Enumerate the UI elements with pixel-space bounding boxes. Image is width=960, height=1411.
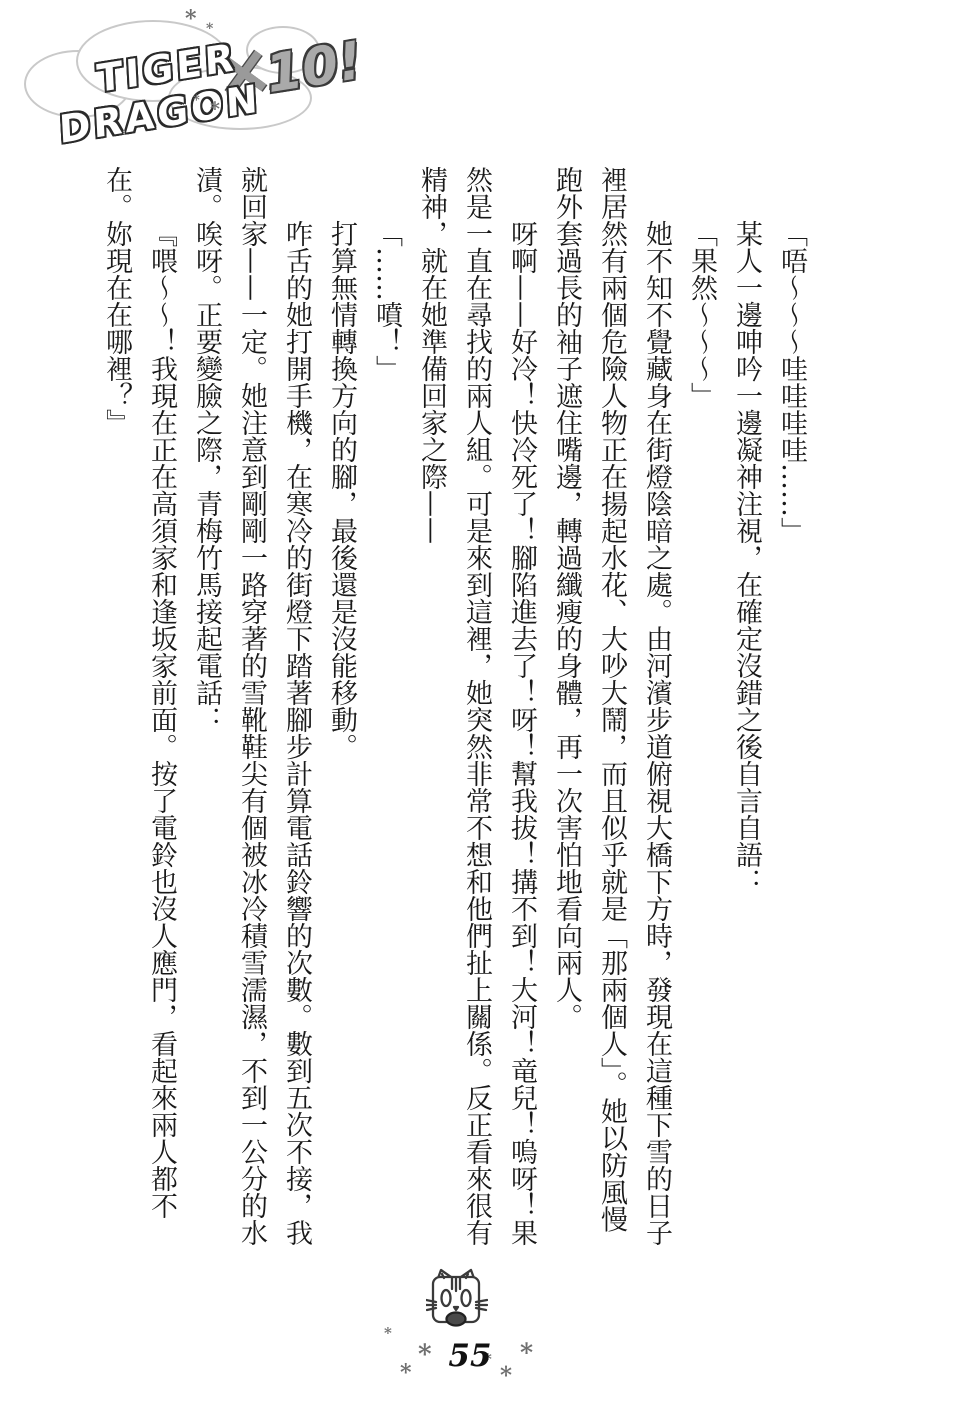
paragraph: 她不知不覺藏身在街燈陰暗之處。由河濱步道俯視大橋下方時，發現在這種下雪的日子裡居…	[544, 166, 679, 1252]
sparkle-icon: *	[193, 94, 200, 107]
sparkle-icon: *	[520, 1340, 533, 1365]
sparkle-icon: *	[206, 22, 213, 36]
paragraph: 呀啊——好冷！快冷死了！腳陷進去了！呀！幫我拔！搆不到！大河！竜兒！嗚呀！果然是…	[409, 166, 544, 1252]
page-background: × 10! TIGER DRAGON * * * * 「唔～～～哇哇哇哇……」 …	[0, 0, 960, 1411]
page-number: 55	[440, 1338, 500, 1374]
paragraph: 「唔～～～哇哇哇哇……」	[769, 166, 814, 1252]
paragraph: 「……噴！」	[364, 166, 409, 1252]
paragraph: 『喂～～！我現在正在高須家和逢坂家前面。按了電鈴也沒人應門，看起來兩人都不在。妳…	[94, 166, 184, 1252]
paragraph: 某人一邊呻吟一邊凝神注視，在確定沒錯之後自言自語：	[724, 166, 769, 1252]
sparkle-icon: *	[384, 1326, 392, 1341]
sparkle-icon: *	[418, 1342, 432, 1368]
cat-face-icon	[426, 1268, 488, 1338]
novel-text-block: 「唔～～～哇哇哇哇……」 某人一邊呻吟一邊凝神注視，在確定沒錯之後自言自語： 「…	[86, 166, 814, 1252]
sparkle-icon: *	[185, 8, 197, 30]
book-logo: × 10! TIGER DRAGON	[18, 8, 328, 158]
paragraph: 「果然～～～」	[679, 166, 724, 1252]
sparkle-icon: *	[500, 1364, 512, 1387]
sparkle-icon: *	[400, 1362, 412, 1384]
sparkle-icon: *	[210, 100, 220, 119]
paragraph: 咋舌的她打開手機，在寒冷的街燈下踏著腳步計算電話鈴響的次數。數到五次不接，我就回…	[184, 166, 319, 1252]
paragraph: 打算無情轉換方向的腳，最後還是沒能移動。	[319, 166, 364, 1252]
